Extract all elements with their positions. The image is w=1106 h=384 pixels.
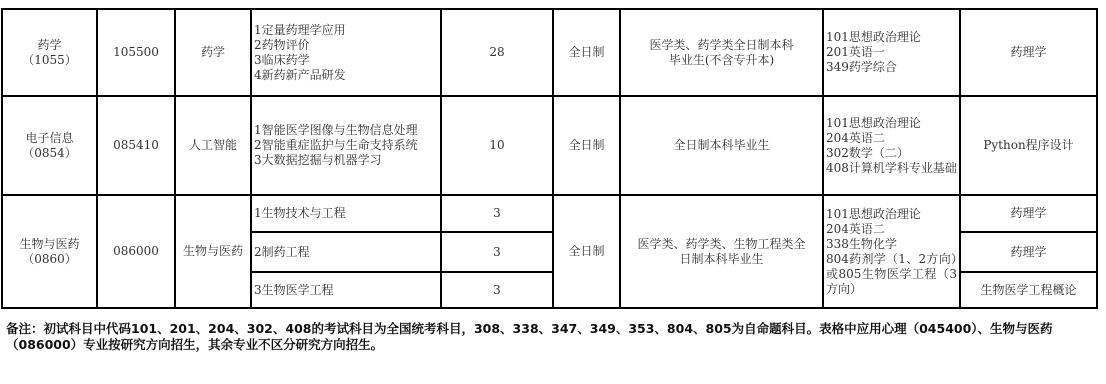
discipline-code: （0860） xyxy=(5,252,94,267)
research-direction: 1生物技术与工程 xyxy=(251,195,441,232)
discipline-cell: 药学 （1055） xyxy=(2,9,97,96)
admission-requirement: 医学类、药学类全日制本科 毕业生(不含专升本) xyxy=(620,9,823,96)
exam-subject: 338生物化学 xyxy=(826,237,957,252)
retest-subject: Python程序设计 xyxy=(960,96,1097,195)
table-row: 药学 （1055） 105500 药学 1定量药理学应用 2药物评价 3临床药学… xyxy=(2,9,1097,96)
requirement-line: 日制本科毕业生 xyxy=(623,252,820,267)
exam-subjects: 101思想政治理论 204英语二 302数学（二） 408计算机学科专业基础 xyxy=(823,96,960,195)
exam-subject: 204英语二 xyxy=(826,131,957,146)
exam-subject: 804药剂学（1、2方向）或805生物医学工程（3方向） xyxy=(826,252,957,297)
research-direction: 3生物医学工程 xyxy=(251,272,441,308)
research-direction: 2制药工程 xyxy=(251,232,441,272)
direction-item: 3大数据挖掘与机器学习 xyxy=(254,153,438,168)
discipline-name: 生物与医药 xyxy=(5,237,94,252)
study-mode: 全日制 xyxy=(553,9,620,96)
exam-subjects: 101思想政治理论 201英语一 349药学综合 xyxy=(823,9,960,96)
retest-subject: 药理学 xyxy=(960,232,1097,272)
direction-item: 1定量药理学应用 xyxy=(254,23,438,38)
quota: 28 xyxy=(441,9,553,96)
quota: 3 xyxy=(441,232,553,272)
exam-subject: 101思想政治理论 xyxy=(826,30,957,45)
direction-item: 4新药新产品研发 xyxy=(254,68,438,83)
footnote: 备注：初试科目中代码101、201、204、302、408的考试科目为全国统考科… xyxy=(6,321,1102,353)
study-mode: 全日制 xyxy=(553,195,620,308)
retest-subject: 药理学 xyxy=(960,195,1097,232)
major-code: 086000 xyxy=(97,195,175,308)
requirement-line: 毕业生(不含专升本) xyxy=(623,53,820,68)
exam-subject: 349药学综合 xyxy=(826,60,957,75)
major-name: 生物与医药 xyxy=(175,195,251,308)
table-row: 电子信息 （0854） 085410 人工智能 1智能医学图像与生物信息处理 2… xyxy=(2,96,1097,195)
exam-subject: 302数学（二） xyxy=(826,146,957,161)
major-code: 085410 xyxy=(97,96,175,195)
major-name: 药学 xyxy=(175,9,251,96)
requirement-line: 医学类、药学类全日制本科 xyxy=(623,38,820,53)
major-name: 人工智能 xyxy=(175,96,251,195)
discipline-name: 药学 xyxy=(5,38,94,53)
retest-subject: 生物医学工程概论 xyxy=(960,272,1097,308)
research-directions: 1定量药理学应用 2药物评价 3临床药学 4新药新产品研发 xyxy=(251,9,441,96)
exam-subject: 408计算机学科专业基础 xyxy=(826,161,957,176)
requirement-line: 全日制本科毕业生 xyxy=(623,138,820,153)
major-code: 105500 xyxy=(97,9,175,96)
exam-subject: 201英语一 xyxy=(826,45,957,60)
retest-subject: 药理学 xyxy=(960,9,1097,96)
discipline-code: （0854） xyxy=(5,146,94,161)
direction-item: 3临床药学 xyxy=(254,53,438,68)
direction-item: 1智能医学图像与生物信息处理 xyxy=(254,123,438,138)
discipline-name: 电子信息 xyxy=(5,131,94,146)
admission-requirement: 全日制本科毕业生 xyxy=(620,96,823,195)
exam-subjects: 101思想政治理论 204英语二 338生物化学 804药剂学（1、2方向）或8… xyxy=(823,195,960,308)
direction-item: 2智能重症监护与生命支持系统 xyxy=(254,138,438,153)
exam-subject: 204英语二 xyxy=(826,222,957,237)
table-row: 生物与医药 （0860） 086000 生物与医药 1生物技术与工程 3 全日制… xyxy=(2,195,1097,232)
quota: 3 xyxy=(441,272,553,308)
exam-subject: 101思想政治理论 xyxy=(826,207,957,222)
quota: 3 xyxy=(441,195,553,232)
discipline-cell: 电子信息 （0854） xyxy=(2,96,97,195)
admission-requirement: 医学类、药学类、生物工程类全 日制本科毕业生 xyxy=(620,195,823,308)
research-directions: 1智能医学图像与生物信息处理 2智能重症监护与生命支持系统 3大数据挖掘与机器学… xyxy=(251,96,441,195)
requirement-line: 医学类、药学类、生物工程类全 xyxy=(623,237,820,252)
exam-subject: 101思想政治理论 xyxy=(826,116,957,131)
direction-item: 2药物评价 xyxy=(254,38,438,53)
study-mode: 全日制 xyxy=(553,96,620,195)
discipline-code: （1055） xyxy=(5,53,94,68)
discipline-cell: 生物与医药 （0860） xyxy=(2,195,97,308)
enrollment-table: 药学 （1055） 105500 药学 1定量药理学应用 2药物评价 3临床药学… xyxy=(1,8,1098,309)
quota: 10 xyxy=(441,96,553,195)
